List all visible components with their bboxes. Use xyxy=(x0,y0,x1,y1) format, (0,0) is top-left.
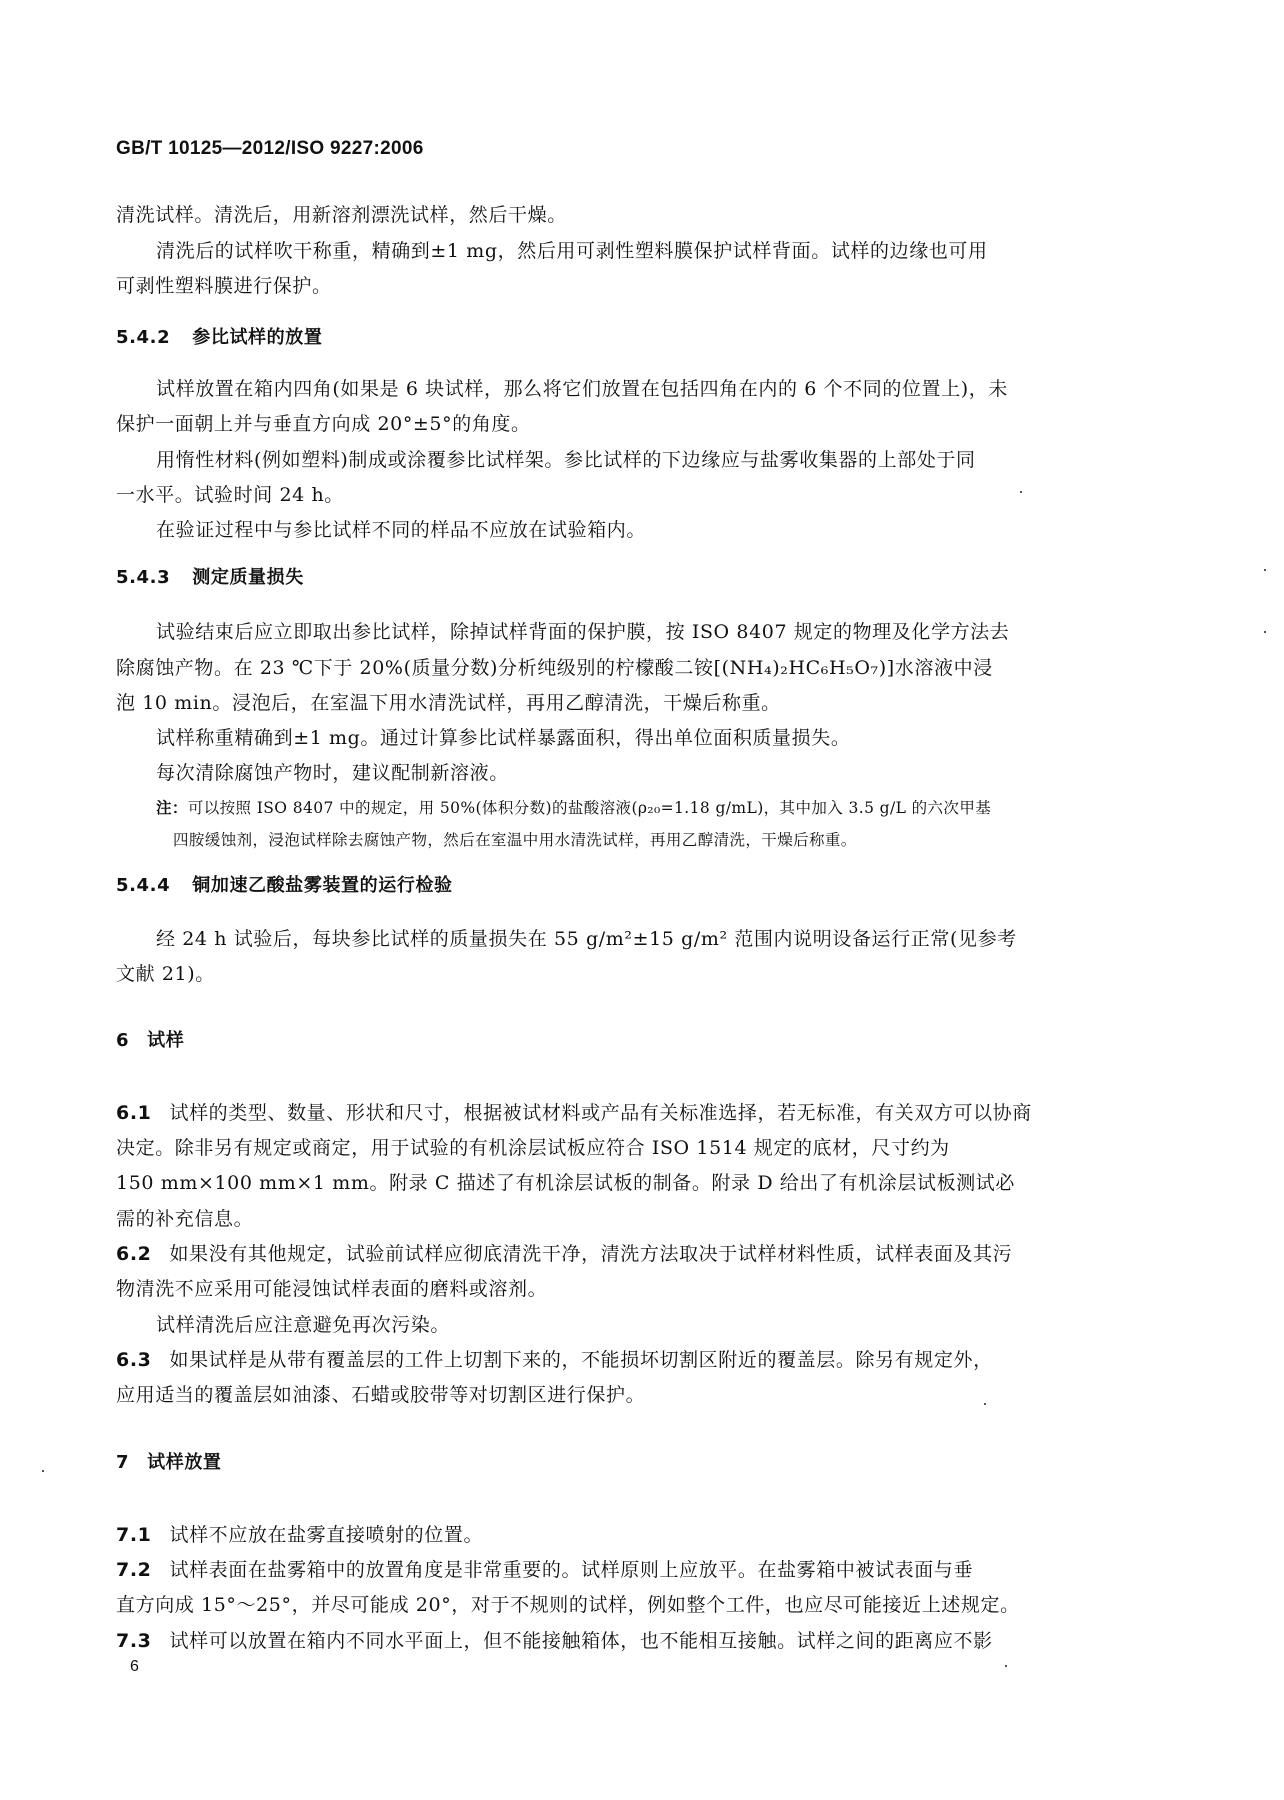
clause-number: 5.4.4 xyxy=(116,875,170,896)
body-text: 清洗试样。清洗后，用新溶剂漂洗试样，然后干燥。 xyxy=(116,203,567,227)
clause-6-1: 6.1试样的类型、数量、形状和尺寸，根据被试材料或产品有关标准选择，若无标准，有… xyxy=(116,1101,1032,1125)
clause-number: 7.2 xyxy=(116,1559,151,1581)
clause-title: 铜加速乙酸盐雾装置的运行检验 xyxy=(192,875,452,896)
clause-number: 7.1 xyxy=(116,1524,151,1546)
body-text: 用惰性材料(例如塑料)制成或涂覆参比试样架。参比试样的下边缘应与盐雾收集器的上部… xyxy=(156,448,976,472)
body-text: 清洗后的试样吹干称重，精确到±1 mg，然后用可剥性塑料膜保护试样背面。试样的边… xyxy=(156,239,988,263)
body-text: 保护一面朝上并与垂直方向成 20°±5°的角度。 xyxy=(116,412,531,436)
body-text: 应用适当的覆盖层如油漆、石蜡或胶带等对切割区进行保护。 xyxy=(116,1383,645,1407)
clause-number: 5.4.3 xyxy=(116,567,170,588)
clause-7-2: 7.2试样表面在盐雾箱中的放置角度是非常重要的。试样原则上应放平。在盐雾箱中被试… xyxy=(116,1558,973,1582)
clause-number: 5.4.2 xyxy=(116,327,170,348)
body-text: 一水平。试验时间 24 h。 xyxy=(116,483,344,507)
clause-7-3: 7.3试样可以放置在箱内不同水平面上，但不能接触箱体，也不能相互接触。试样之间的… xyxy=(116,1629,993,1653)
body-text: 试样清洗后应注意避免再次污染。 xyxy=(156,1313,450,1337)
section-number: 7 xyxy=(116,1452,129,1473)
body-text: 经 24 h 试验后，每块参比试样的质量损失在 55 g/m²±15 g/m² … xyxy=(156,927,1017,951)
body-text: 物清洗不应采用可能浸蚀试样表面的磨料或溶剂。 xyxy=(116,1277,547,1301)
clause-number: 6.1 xyxy=(116,1102,151,1124)
body-text: 每次清除腐蚀产物时，建议配制新溶液。 xyxy=(156,761,509,785)
body-text: 150 mm×100 mm×1 mm。附录 C 描述了有机涂层试板的制备。附录 … xyxy=(116,1171,1015,1195)
body-text: 试样称重精确到±1 mg。通过计算参比试样暴露面积，得出单位面积质量损失。 xyxy=(156,726,850,750)
scan-speck xyxy=(1005,1665,1007,1667)
scan-speck xyxy=(1020,491,1022,493)
document-page: GB/T 10125—2012/ISO 9227:2006 清洗试样。清洗后，用… xyxy=(0,0,1284,1800)
clause-title: 测定质量损失 xyxy=(192,567,304,588)
scan-speck xyxy=(984,1403,986,1405)
body-text: 在验证过程中与参比试样不同的样品不应放在试验箱内。 xyxy=(156,518,646,542)
section-heading-6: 6试样 xyxy=(116,1029,184,1053)
body-text: 除腐蚀产物。在 23 ℃下于 20%(质量分数)分析纯级别的柠檬酸二铵[(NH₄… xyxy=(116,656,993,680)
body-text: 泡 10 min。浸泡后，在室温下用水清洗试样，再用乙醇清洗，干燥后称重。 xyxy=(116,691,781,715)
clause-heading-5-4-4: 5.4.4铜加速乙酸盐雾装置的运行检验 xyxy=(116,874,453,898)
clause-number: 6.3 xyxy=(116,1349,151,1371)
body-text: 决定。除非另有规定或商定，用于试验的有机涂层试板应符合 ISO 1514 规定的… xyxy=(116,1136,950,1160)
clause-heading-5-4-2: 5.4.2参比试样的放置 xyxy=(116,326,322,350)
clause-7-1: 7.1试样不应放在盐雾直接喷射的位置。 xyxy=(116,1523,483,1547)
clause-number: 6.2 xyxy=(116,1243,151,1265)
body-text: 试验结束后应立即取出参比试样，除掉试样背面的保护膜，按 ISO 8407 规定的… xyxy=(156,620,1009,644)
page-number: 6 xyxy=(130,1658,139,1676)
body-text: 直方向成 15°～25°，并尽可能成 20°，对于不规则的试样，例如整个工件，也… xyxy=(116,1593,1020,1617)
note-label: 注： xyxy=(156,799,188,817)
section-number: 6 xyxy=(116,1030,129,1051)
clause-6-3: 6.3如果试样是从带有覆盖层的工件上切割下来的，不能损坏切割区附近的覆盖层。除另… xyxy=(116,1348,993,1372)
note-text: 注：可以按照 ISO 8407 中的规定，用 50%(体积分数)的盐酸溶液(ρ₂… xyxy=(156,797,991,819)
section-title: 试样放置 xyxy=(147,1452,221,1473)
clause-heading-5-4-3: 5.4.3测定质量损失 xyxy=(116,566,304,590)
body-text: 可剥性塑料膜进行保护。 xyxy=(116,274,332,298)
body-text: 试样放置在箱内四角(如果是 6 块试样，那么将它们放置在包括四角在内的 6 个不… xyxy=(156,377,1008,401)
note-text: 四胺缓蚀剂，浸泡试样除去腐蚀产物，然后在室温中用水清洗试样，再用乙醇清洗，干燥后… xyxy=(173,829,857,851)
clause-number: 7.3 xyxy=(116,1630,151,1652)
scan-speck xyxy=(42,1470,44,1472)
scan-speck xyxy=(1264,631,1266,633)
scan-speck xyxy=(1264,569,1266,571)
body-text: 需的补充信息。 xyxy=(116,1207,253,1231)
section-title: 试样 xyxy=(147,1030,184,1051)
clause-title: 参比试样的放置 xyxy=(192,327,322,348)
body-text: 文献 21)。 xyxy=(116,962,215,986)
standard-code-header: GB/T 10125—2012/ISO 9227:2006 xyxy=(116,138,424,160)
section-heading-7: 7试样放置 xyxy=(116,1451,222,1475)
clause-6-2: 6.2如果没有其他规定，试验前试样应彻底清洗干净，清洗方法取决于试样材料性质，试… xyxy=(116,1242,1012,1266)
